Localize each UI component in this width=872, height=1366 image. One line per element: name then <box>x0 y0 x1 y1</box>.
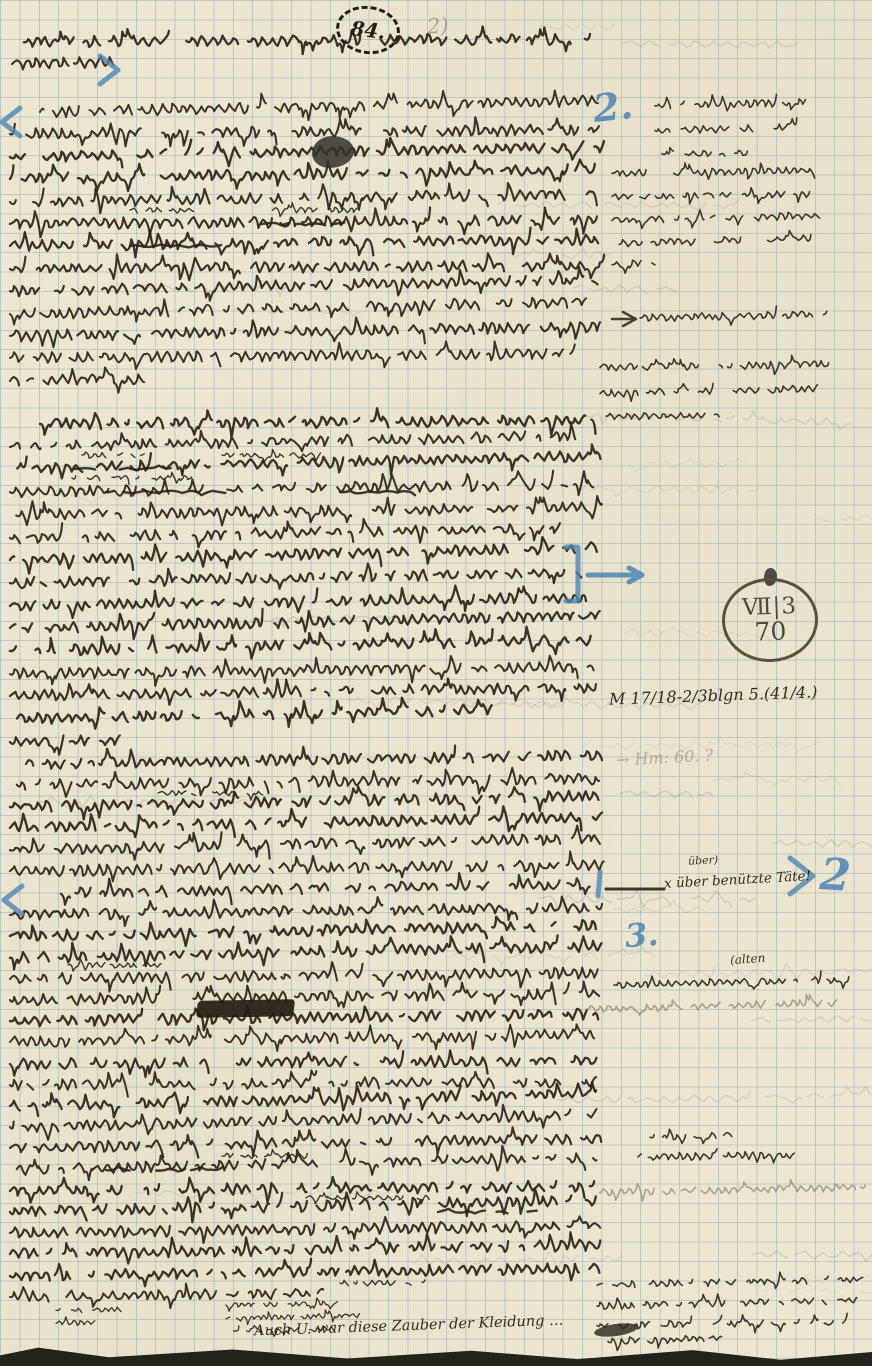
reference-note: M 17/18-2/3blgn 5.(41/4.) <box>609 682 818 708</box>
auch-u-line: Auch U. war diese Zauber der Kleidung … <box>254 1313 564 1340</box>
annotations-layer: 2)2.3.2M 17/18-2/3blgn 5.(41/4.)→ Hm: 60… <box>0 0 872 1366</box>
pencil-note-hm60: → Hm: 60. ? <box>616 745 714 769</box>
manuscript-page: 2)2.3.2M 17/18-2/3blgn 5.(41/4.)→ Hm: 60… <box>0 0 872 1366</box>
blue-number-3: 3. <box>624 915 660 955</box>
ueber-superscript: über) <box>688 853 719 868</box>
blue-number-2b: 2 <box>818 849 852 902</box>
alten-superscript: (alten <box>730 951 766 967</box>
taete-note: x über benützte Täte! <box>664 868 812 892</box>
corner-mark: 2) <box>426 13 449 38</box>
archive-signature-bottom: 70 <box>754 618 787 645</box>
page-number: 84. <box>349 16 386 44</box>
blue-number-2: 2. <box>591 82 635 131</box>
